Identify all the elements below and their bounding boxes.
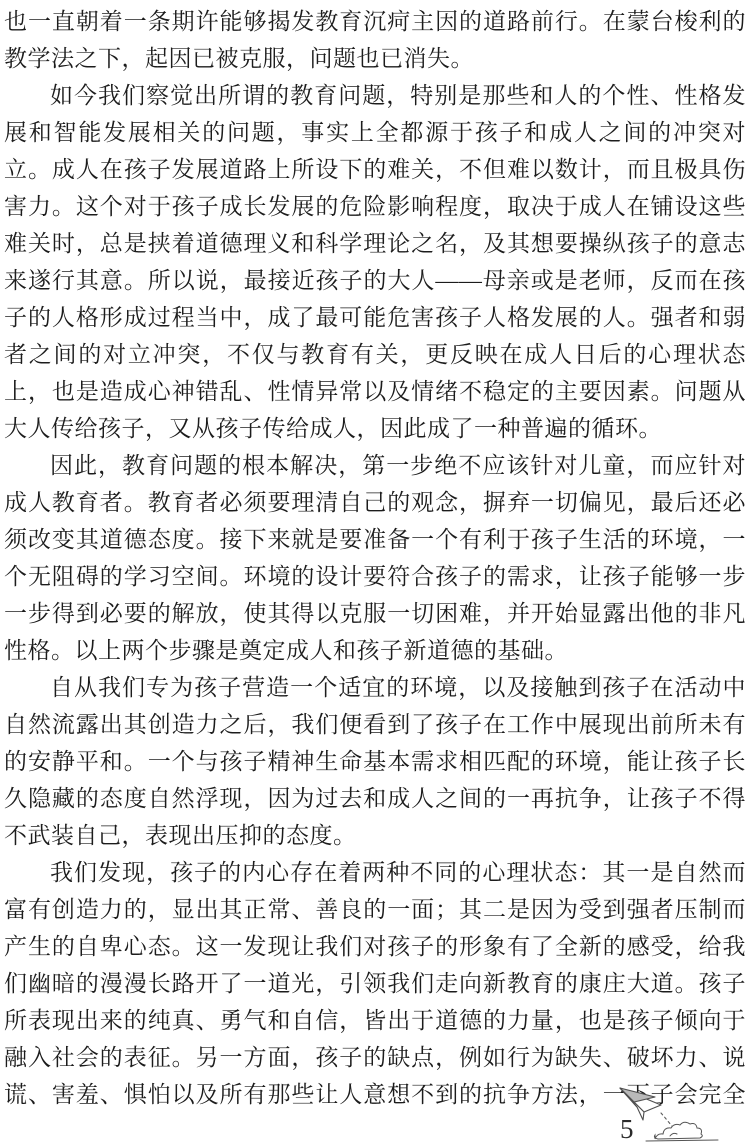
text-line: 个无阻碍的学习空间。环境的设计要符合孩子的需求，让孩子能够一步 — [4, 558, 746, 595]
page-text: 也一直朝着一条期许能够揭发教育沉疴主因的道路前行。在蒙台梭利的教学法之下，起因已… — [0, 0, 750, 1113]
text-line: 富有创造力的，显出其正常、善良的一面；其二是因为受到强者压制而 — [4, 891, 746, 928]
text-line: 须改变其道德态度。接下来就是要准备一个有利于孩子生活的环境，一 — [4, 521, 746, 558]
text-line: 上，也是造成心神错乱、性情异常以及情绪不稳定的主要因素。问题从 — [4, 373, 746, 410]
cloud-doodle-icon — [646, 1122, 718, 1141]
text-line: 一步得到必要的解放，使其得以克服一切困难，并开始显露出他的非凡 — [4, 595, 746, 632]
text-line: 自然流露出其创造力之后，我们便看到了孩子在工作中展现出前所未有 — [4, 706, 746, 743]
page-number: 5 — [620, 1114, 634, 1145]
text-line: 不武装自己，表现出压抑的态度。 — [4, 817, 746, 854]
text-line: 害力。这个对于孩子成长发展的危险影响程度，取决于成人在铺设这些 — [4, 188, 746, 225]
text-line: 自从我们专为孩子营造一个适宜的环境，以及接触到孩子在活动中 — [4, 669, 746, 706]
text-line: 久隐藏的态度自然浮现，因为过去和成人之间的一再抗争，让孩子不得 — [4, 780, 746, 817]
text-line: 也一直朝着一条期许能够揭发教育沉疴主因的道路前行。在蒙台梭利的 — [4, 3, 746, 40]
text-line: 大人传给孩子，又从孩子传给成人，因此成了一种普遍的循环。 — [4, 410, 746, 447]
text-line: 因此，教育问题的根本解决，第一步绝不应该针对儿童，而应针对 — [4, 447, 746, 484]
text-line: 产生的自卑心态。这一发现让我们对孩子的形象有了全新的感受，给我 — [4, 928, 746, 965]
text-line: 我们发现，孩子的内心存在着两种不同的心理状态：其一是自然而 — [4, 854, 746, 891]
text-line: 难关时，总是挟着道德理义和科学理论之名，及其想要操纵孩子的意志 — [4, 225, 746, 262]
text-line: 教学法之下，起因已被克服，问题也已消失。 — [4, 40, 746, 77]
text-line: 者之间的对立冲突，不仅与教育有关，更反映在成人日后的心理状态 — [4, 336, 746, 373]
book-page: 也一直朝着一条期许能够揭发教育沉疴主因的道路前行。在蒙台梭利的教学法之下，起因已… — [0, 0, 750, 1146]
text-line: 所表现出来的纯真、勇气和自信，皆出于道德的力量，也是孩子倾向于 — [4, 1002, 746, 1039]
text-line: 性格。以上两个步骤是奠定成人和孩子新道德的基础。 — [4, 632, 746, 669]
text-line: 如今我们察觉出所谓的教育问题，特别是那些和人的个性、性格发 — [4, 77, 746, 114]
page-footer: 5 — [598, 1078, 748, 1146]
text-line: 子的人格形成过程当中，成了最可能危害孩子人格发展的人。强者和弱 — [4, 299, 746, 336]
text-line: 的安静平和。一个与孩子精神生命基本需求相匹配的环境，能让孩子长 — [4, 743, 746, 780]
text-line: 们幽暗的漫漫长路开了一道光，引领我们走向新教育的康庄大道。孩子 — [4, 965, 746, 1002]
text-line: 融入社会的表征。另一方面，孩子的缺点，例如行为缺失、破坏力、说 — [4, 1039, 746, 1076]
text-line: 立。成人在孩子发展道路上所设下的难关，不但难以数计，而且极具伤 — [4, 151, 746, 188]
text-line: 展和智能发展相关的问题，事实上全都源于孩子和成人之间的冲突对 — [4, 114, 746, 151]
text-line: 来遂行其意。所以说，最接近孩子的大人——母亲或是老师，反而在孩 — [4, 262, 746, 299]
text-line: 成人教育者。教育者必须要理清自己的观念，摒弃一切偏见，最后还必 — [4, 484, 746, 521]
